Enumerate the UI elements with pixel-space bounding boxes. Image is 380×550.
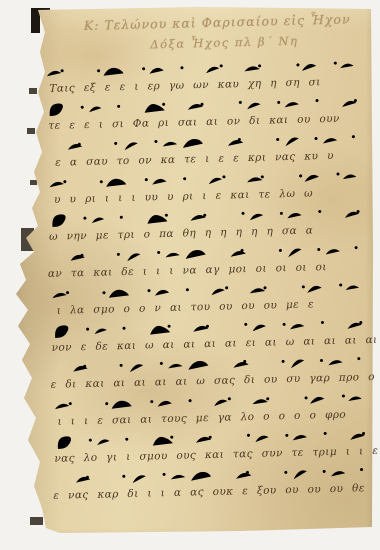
scanned-manuscript-page: Κ: Τελώνου καὶ Φαρισαίου εἰς Ἦχον Δόξα Ἦ…	[0, 0, 380, 550]
torn-edge-shadow-fragment	[30, 180, 37, 185]
manuscript-content: Κ: Τελώνου καὶ Φαρισαίου εἰς Ἦχον Δόξα Ἦ…	[42, 5, 380, 508]
torn-edge-shadow-fragment	[27, 128, 35, 134]
manuscript-mode-heading: Δόξα Ἦχος πλ β΄ Νη	[150, 32, 368, 51]
torn-edge-shadow-fragment	[30, 517, 43, 525]
manuscript-title: Κ: Τελώνου καὶ Φαρισαίου εἰς Ἦχον	[84, 11, 368, 33]
torn-edge-shadow-fragment	[29, 88, 37, 94]
